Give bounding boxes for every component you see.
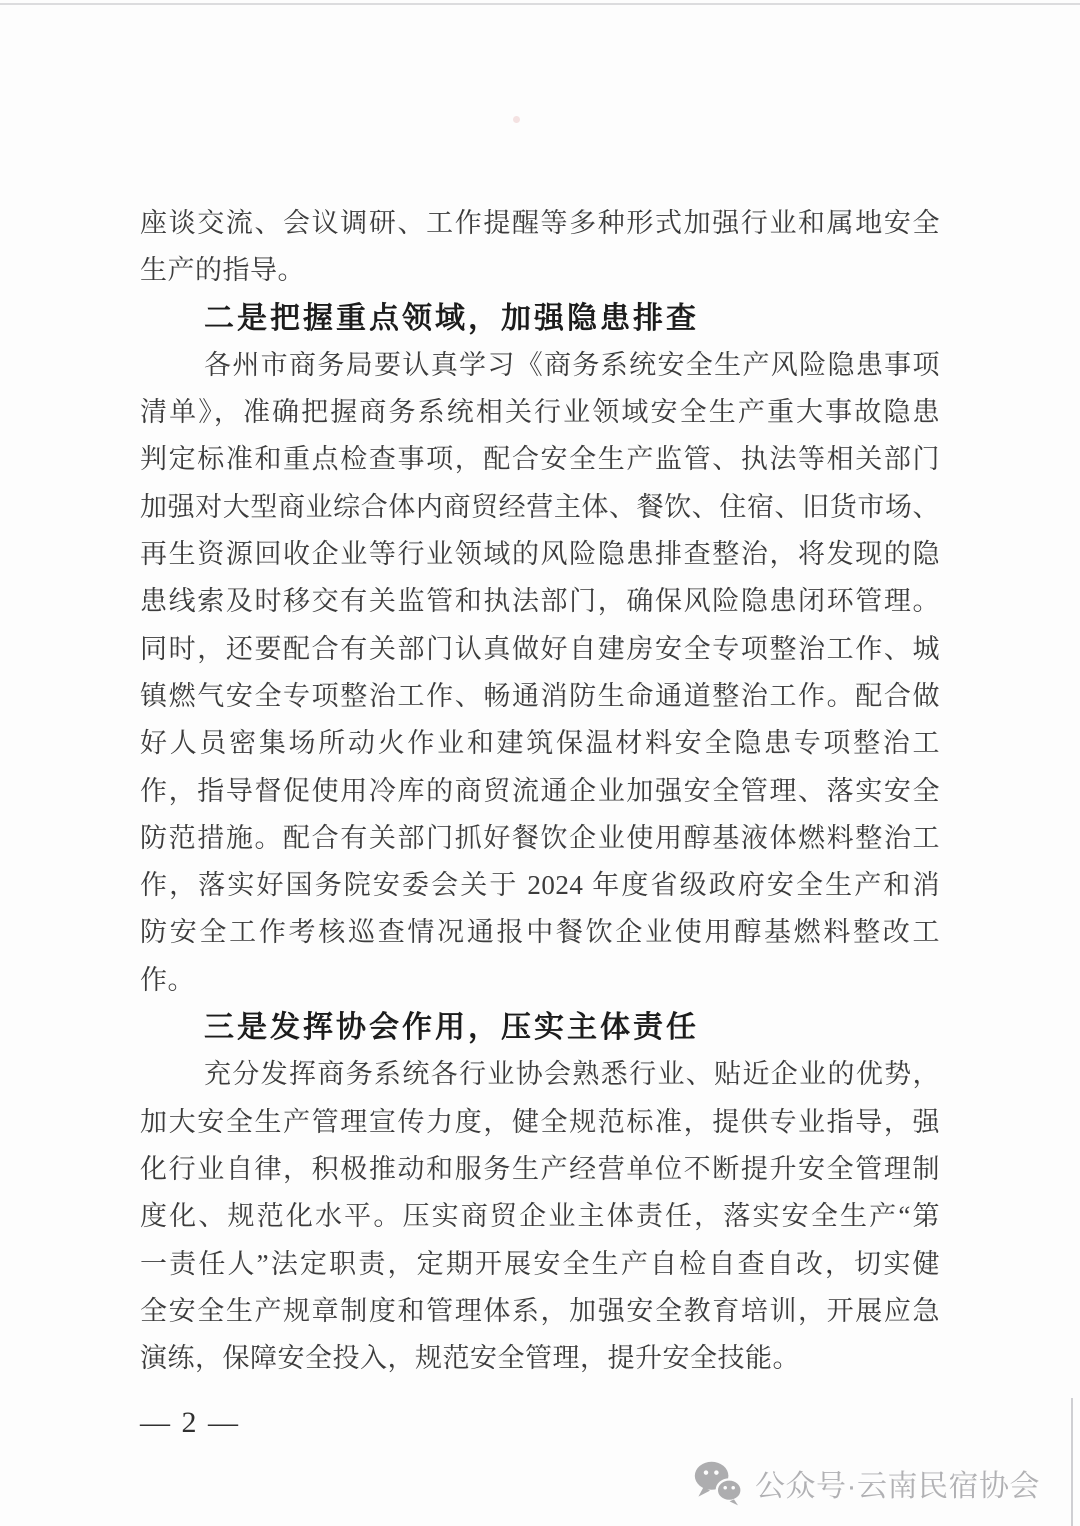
body-line: 各州市商务局要认真学习《商务系统安全生产风险隐患事项 bbox=[140, 342, 940, 389]
body-line: 防安全工作考核巡查情况通报中餐饮企业使用醇基燃料整改工 bbox=[140, 909, 940, 956]
wechat-watermark: 公众号·云南民宿协会 bbox=[694, 1460, 1040, 1506]
body-line: 防范措施。配合有关部门抓好餐饮企业使用醇基液体燃料整治工 bbox=[140, 815, 940, 862]
body-line: 好人员密集场所动火作业和建筑保温材料安全隐患专项整治工 bbox=[140, 720, 940, 767]
page-number: — 2 — bbox=[140, 1404, 240, 1442]
scanned-document-page: 座谈交流、会议调研、工作提醒等多种形式加强行业和属地安全 生产的指导。 二是把握… bbox=[0, 0, 1080, 1526]
body-line: 生产的指导。 bbox=[140, 247, 940, 294]
body-line: 加强对大型商业综合体内商贸经营主体、餐饮、住宿、旧货市场、 bbox=[140, 484, 940, 531]
body-line: 度化、规范化水平。压实商贸企业主体责任，落实安全生产“第 bbox=[140, 1193, 940, 1240]
body-line: 充分发挥商务系统各行业协会熟悉行业、贴近企业的优势， bbox=[140, 1051, 940, 1098]
document-body: 座谈交流、会议调研、工作提醒等多种形式加强行业和属地安全 生产的指导。 二是把握… bbox=[140, 200, 940, 1382]
body-line: 判定标准和重点检查事项，配合安全生产监管、执法等相关部门 bbox=[140, 436, 940, 483]
body-line: 作，指导督促使用冷库的商贸流通企业加强安全管理、落实安全 bbox=[140, 768, 940, 815]
body-line: 化行业自律，积极推动和服务生产经营单位不断提升安全管理制 bbox=[140, 1146, 940, 1193]
body-line: 演练，保障安全投入，规范安全管理，提升安全技能。 bbox=[140, 1335, 940, 1382]
body-line: 一责任人”法定职责，定期开展安全生产自检自查自改，切实健 bbox=[140, 1241, 940, 1288]
body-line: 同时，还要配合有关部门认真做好自建房安全专项整治工作、城 bbox=[140, 626, 940, 673]
watermark-label: 公众号·云南民宿协会 bbox=[755, 1461, 1040, 1505]
body-line: 全安全生产规章制度和管理体系，加强安全教育培训，开展应急 bbox=[140, 1288, 940, 1335]
scan-right-edge-line bbox=[1071, 1398, 1073, 1526]
scan-top-edge-line bbox=[0, 3, 1080, 5]
section-heading-2: 二是把握重点领域，加强隐患排查 bbox=[140, 295, 940, 342]
body-line: 清单》，准确把握商务系统相关行业领域安全生产重大事故隐患 bbox=[140, 389, 940, 436]
body-line: 患线索及时移交有关监管和执法部门，确保风险隐患闭环管理。 bbox=[140, 578, 940, 625]
section-heading-3: 三是发挥协会作用，压实主体责任 bbox=[140, 1004, 940, 1051]
body-line: 加大安全生产管理宣传力度，健全规范标准，提供专业指导，强 bbox=[140, 1099, 940, 1146]
body-line: 座谈交流、会议调研、工作提醒等多种形式加强行业和属地安全 bbox=[140, 200, 940, 247]
body-line: 镇燃气安全专项整治工作、畅通消防生命通道整治工作。配合做 bbox=[140, 673, 940, 720]
scan-speck bbox=[513, 116, 520, 123]
body-line: 再生资源回收企业等行业领域的风险隐患排查整治，将发现的隐 bbox=[140, 531, 940, 578]
body-line: 作，落实好国务院安委会关于 2024 年度省级政府安全生产和消 bbox=[140, 862, 940, 909]
body-line: 作。 bbox=[140, 957, 940, 1004]
wechat-icon bbox=[694, 1460, 742, 1506]
